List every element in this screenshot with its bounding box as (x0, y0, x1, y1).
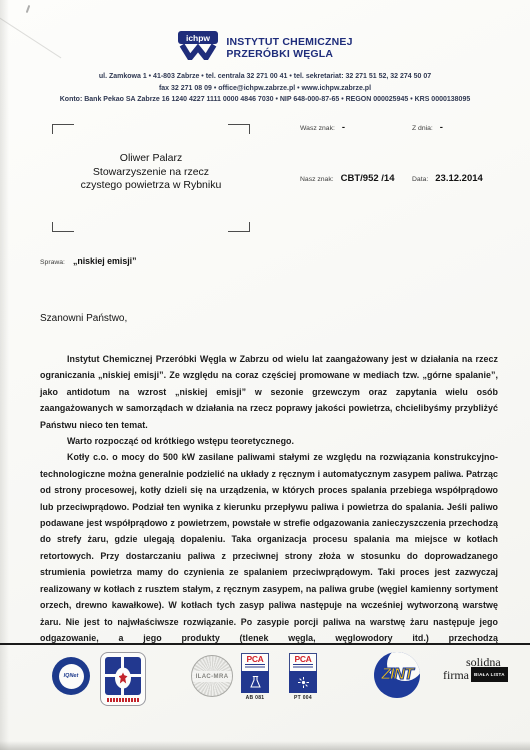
z-dnia-label: Z dnia: (412, 125, 433, 132)
field-data: Data:23.12.2014 (412, 173, 483, 184)
address-window: Oliwer Palarz Stowarzyszenie na rzecz cz… (52, 124, 250, 232)
pca-ab-subtext (245, 664, 265, 669)
letterhead: ichpw INSTYTUT CHEMICZNEJ PRZERÓBKI WĘGL… (0, 30, 530, 106)
field-z-dnia: Z dnia:- (412, 122, 443, 133)
window-corner-mark (52, 124, 74, 134)
field-nasz-znak: Nasz znak:CBT/952 /14 (300, 173, 395, 184)
org-name: INSTYTUT CHEMICZNEJ PRZERÓBKI WĘGLA (226, 36, 352, 60)
body-paragraph-1: Instytut Chemicznej Przeróbki Węgla w Za… (40, 351, 498, 433)
pca-pt-header: PCA (289, 653, 317, 671)
pca-accreditation-pt-logo: PCA PT 004 (289, 653, 317, 701)
wasz-znak-label: Wasz znak: (300, 125, 335, 132)
pca-accreditation-ab-logo: PCA AB 081 (241, 653, 269, 701)
ilac-mra-logo-icon: ILAC-MRA (191, 655, 233, 697)
z-dnia-value: - (440, 122, 443, 133)
letter-page: ichpw INSTYTUT CHEMICZNEJ PRZERÓBKI WĘGL… (0, 0, 530, 750)
wasz-znak-value: - (342, 122, 345, 133)
pca-ab-label: PCA (242, 655, 268, 663)
window-corner-mark (228, 124, 250, 134)
pca-pt-label: PCA (290, 655, 316, 663)
salutation: Szanowni Państwo, (40, 313, 127, 324)
recipient-org-line1: Stowarzyszenie na rzecz (52, 166, 250, 180)
data-value: 23.12.2014 (435, 173, 483, 184)
data-label: Data: (412, 176, 428, 183)
contact-line2: fax 32 271 08 09 • office@ichpw.zabrze.p… (0, 83, 530, 95)
ilac-label: ILAC-MRA (191, 671, 233, 682)
pca-pt-number: PT 004 (289, 695, 317, 701)
window-corner-mark (228, 222, 250, 232)
scan-edge-shadow (0, 0, 9, 750)
pca-ab-number: AB 081 (241, 695, 269, 701)
recipient-org-line2: czystego powietrza w Rybniku (52, 179, 250, 193)
solidna-firma-logo: solidna firma BIAŁA LISTA (443, 657, 527, 682)
body-paragraph-3: Kotły c.o. o mocy do 500 kW zasilane pal… (40, 449, 498, 646)
org-name-line1: INSTYTUT CHEMICZNEJ (226, 36, 352, 48)
pca-ab-header: PCA (241, 653, 269, 671)
zint-label: ZINT (367, 666, 427, 684)
network-node-icon (289, 671, 317, 693)
certification-footer: IQNet ILAC-MRA PCA AB 081 (0, 650, 530, 722)
contact-block: ul. Zamkowa 1 • 41-803 Zabrze • tel. cen… (0, 71, 530, 106)
scan-bottom-shadow (0, 741, 530, 750)
logo-text: ichpw (186, 33, 210, 43)
contact-line1: ul. Zamkowa 1 • 41-803 Zabrze • tel. cen… (0, 71, 530, 83)
recipient-address: Oliwer Palarz Stowarzyszenie na rzecz cz… (52, 152, 250, 193)
footer-divider (0, 643, 530, 645)
subject-label: Sprawa: (40, 259, 65, 266)
window-corner-mark (52, 222, 74, 232)
field-wasz-znak: Wasz znak:- (300, 122, 345, 133)
ichpw-logo-icon: ichpw (177, 30, 219, 65)
pcbc-caption-strip (107, 698, 139, 702)
letter-body: Instytut Chemicznej Przeróbki Węgla w Za… (40, 351, 498, 646)
pcbc-certification-logo-icon (100, 652, 146, 706)
pcbc-emblem (115, 667, 131, 688)
firma-word: firma (443, 669, 469, 681)
scan-pencil-mark (26, 5, 31, 13)
solidna-word: solidna (466, 657, 527, 667)
body-paragraph-2: Warto rozpocząć od krótkiego wstępu teor… (40, 433, 498, 449)
firma-row: firma BIAŁA LISTA (443, 667, 527, 682)
recipient-name: Oliwer Palarz (52, 152, 250, 166)
nasz-znak-value: CBT/952 /14 (341, 173, 395, 184)
org-name-line2: PRZERÓBKI WĘGLA (226, 48, 352, 60)
subject-value: „niskiej emisji” (73, 256, 137, 266)
eagle-icon (119, 672, 128, 683)
brand-block: ichpw INSTYTUT CHEMICZNEJ PRZERÓBKI WĘGL… (0, 30, 530, 65)
iqnet-logo-icon: IQNet (52, 657, 90, 695)
contact-line3: Konto: Bank Pekao SA Zabrze 16 1240 4227… (0, 94, 530, 106)
zint-logo-icon: ZINT (374, 652, 420, 698)
solidna-badge: BIAŁA LISTA (471, 667, 508, 682)
iqnet-label: IQNet (59, 664, 84, 689)
pca-pt-subtext (293, 664, 313, 669)
flask-icon (241, 671, 269, 693)
subject-line: Sprawa:„niskiej emisji” (40, 256, 137, 266)
nasz-znak-label: Nasz znak: (300, 176, 334, 183)
